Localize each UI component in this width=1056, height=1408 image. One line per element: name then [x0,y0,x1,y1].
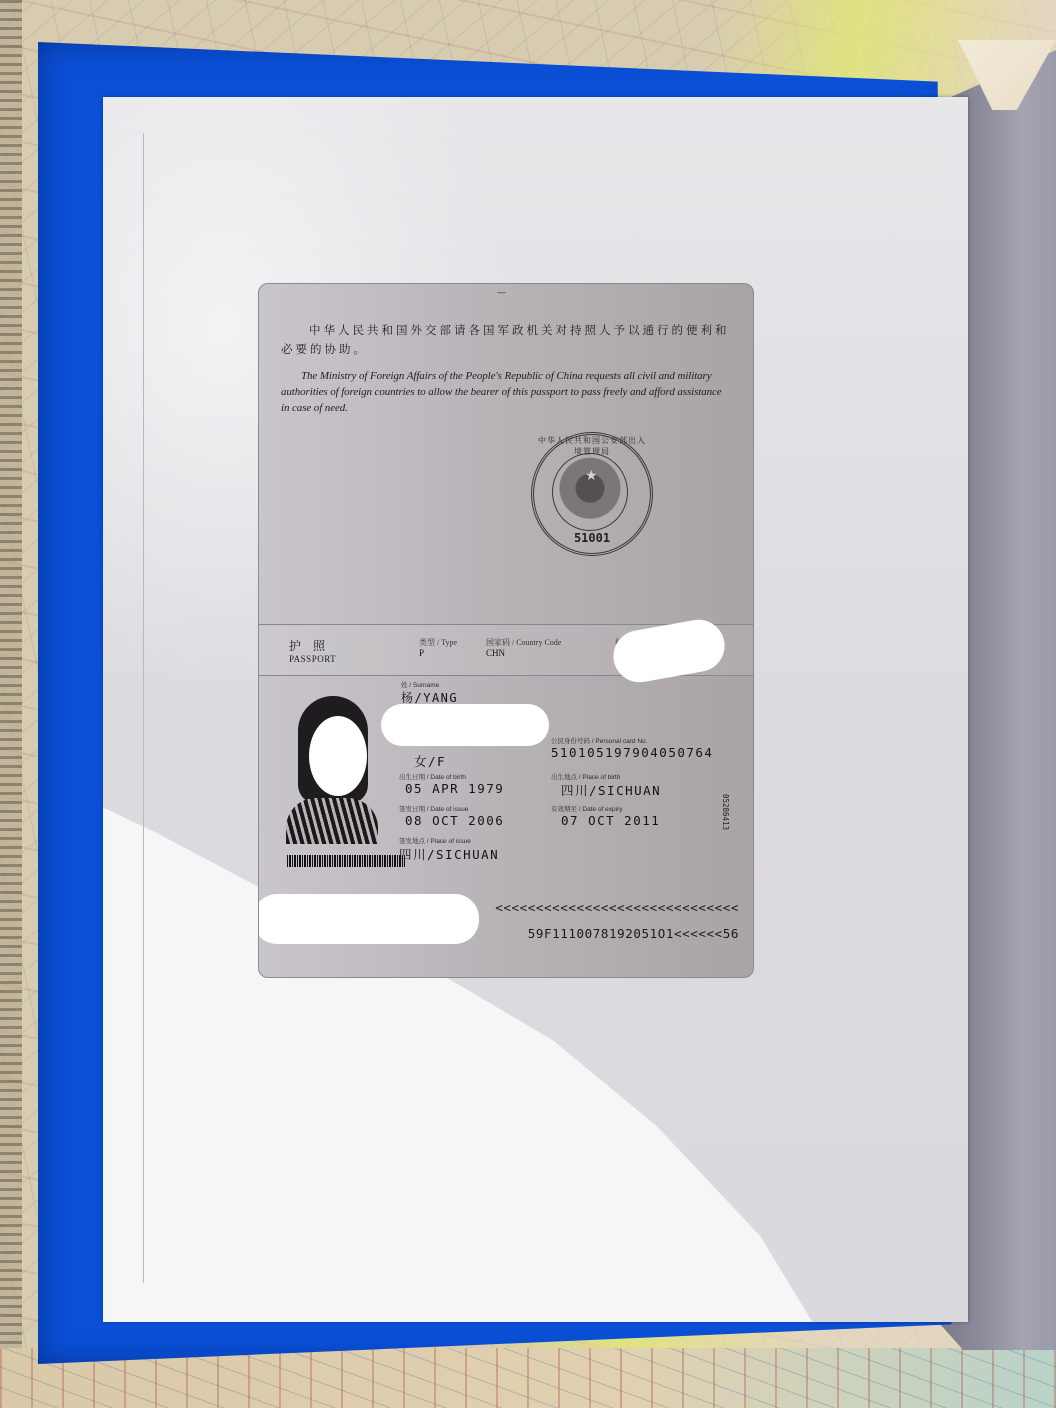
seal-code: 51001 [534,531,650,545]
id-number-value: 510105197904050764 [551,745,713,760]
page-mark: — [497,288,506,298]
id-number-field: 公民身份号码 / Personal card No. 5101051979040… [551,736,713,760]
id-number-label: 公民身份号码 / Personal card No. [551,736,713,745]
dob-value: 05 APR 1979 [399,781,504,796]
dob-label: 出生日期 / Date of birth [399,772,504,781]
map-edge [0,0,22,1408]
passport-upper-page: — 中华人民共和国外交部请各国军政机关对持照人予以通行的便利和必要的协助。 Th… [259,284,753,624]
pob-label: 出生地点 / Place of birth [551,772,661,781]
country-code-field: 国家码 / Country Code CHN [486,637,561,658]
date-of-issue-value: 08 OCT 2006 [399,813,504,828]
type-value: P [419,648,457,658]
photo-shoulders [286,798,378,844]
date-of-issue-field: 签发日期 / Date of issue 08 OCT 2006 [399,804,504,828]
type-field: 类型 / Type P [419,637,457,658]
date-of-expiry-field: 有效期至 / Date of expiry 07 OCT 2011 [551,804,660,828]
redaction-given-name [381,704,549,746]
place-of-issue-field: 签发地点 / Place of issue 四川/SICHUAN [399,836,499,863]
sex-field: 女/F [414,752,446,770]
date-of-issue-label: 签发日期 / Date of issue [399,804,504,813]
surname-label: 姓 / Surname [401,680,458,689]
passport-page: — 中华人民共和国外交部请各国军政机关对持照人予以通行的便利和必要的协助。 Th… [258,283,754,978]
official-seal: 中华人民共和国公安部出入境管理局 ★ 51001 [531,432,653,556]
pob-field: 出生地点 / Place of birth 四川/SICHUAN [551,772,661,799]
place-of-issue-label: 签发地点 / Place of issue [399,836,499,845]
sex-value: 女/F [414,752,446,770]
star-icon: ★ [585,468,598,484]
request-text-english: The Ministry of Foreign Affairs of the P… [281,368,731,416]
type-label: 类型 / Type [419,637,457,648]
passport-title-cn: 护照 [289,637,337,654]
passport-header-row: 护照 PASSPORT 类型 / Type P 国家码 / Country Co… [259,624,753,676]
vertical-document-number: 05286413 [721,794,730,830]
national-emblem-icon: ★ [552,453,628,531]
paper-margin-line [143,133,144,1283]
pob-value: 四川/SICHUAN [551,781,661,799]
passport-data-page: 姓 / Surname 杨/YANG 女/F 公民身份号码 / Personal… [259,674,753,977]
surname-field: 姓 / Surname 杨/YANG [401,680,458,706]
date-of-expiry-value: 07 OCT 2011 [551,813,660,828]
dob-field: 出生日期 / Date of birth 05 APR 1979 [399,772,504,796]
redaction-mrz [258,894,479,944]
redaction-face [309,716,367,796]
date-of-expiry-label: 有效期至 / Date of expiry [551,804,660,813]
passport-title-en: PASSPORT [289,654,337,664]
barcode-icon [287,855,405,867]
request-text-chinese: 中华人民共和国外交部请各国军政机关对持照人予以通行的便利和必要的协助。 [281,321,731,359]
passport-title: 护照 PASSPORT [289,637,337,664]
country-code-label: 国家码 / Country Code [486,637,561,648]
country-code-value: CHN [486,648,561,658]
place-of-issue-value: 四川/SICHUAN [399,845,499,863]
holder-photo [284,694,380,844]
